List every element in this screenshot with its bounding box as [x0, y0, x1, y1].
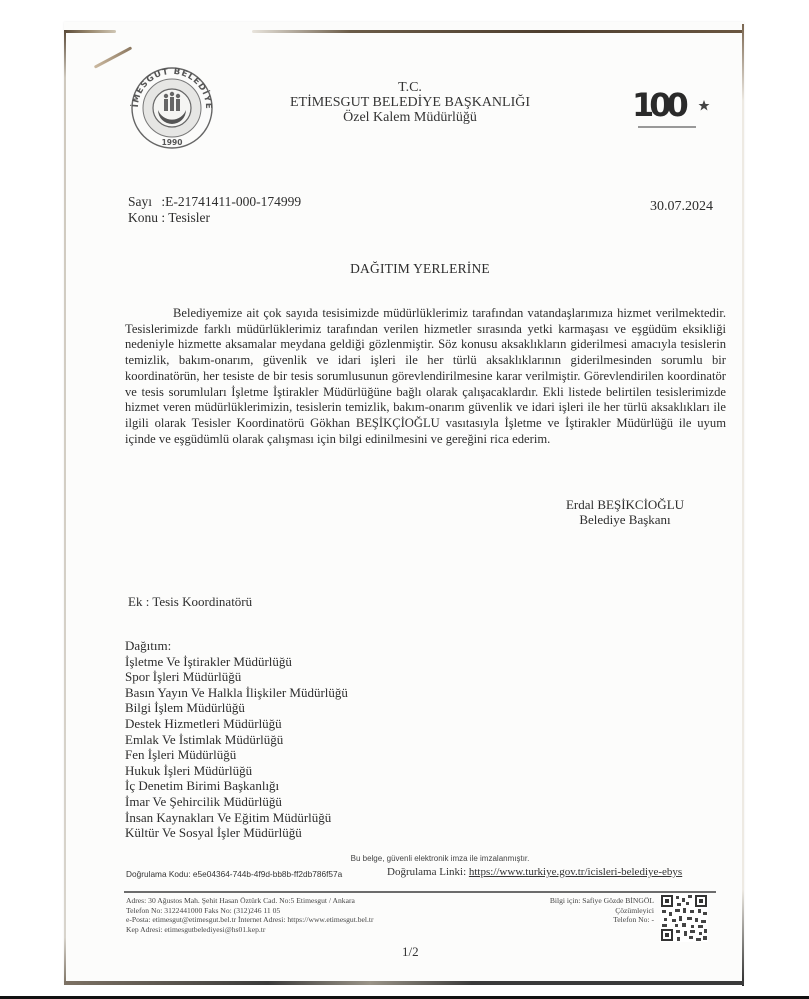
footer-divider	[124, 891, 716, 893]
footer-contact-info: Bilgi için: Safiye Gözde BİNGÖL Çözümley…	[508, 896, 654, 925]
paper-edge	[64, 30, 116, 33]
qr-code-icon	[660, 894, 708, 942]
distribution-heading: Dağıtım:	[125, 638, 348, 654]
paper-edge	[64, 30, 66, 985]
letterhead-department: Özel Kalem Müdürlüğü	[250, 110, 570, 125]
list-item: İmar Ve Şehircilik Müdürlüğü	[125, 794, 348, 810]
verification-link[interactable]: https://www.turkiye.gov.tr/icisleri-bele…	[469, 866, 682, 878]
footer-address: Adres: 30 Ağustos Mah. Şehit Hasan Öztür…	[126, 896, 374, 934]
list-item: İnsan Kaynakları Ve Eğitim Müdürlüğü	[125, 810, 348, 826]
svg-text:1990: 1990	[162, 138, 183, 147]
page-number: 1/2	[402, 944, 419, 960]
document-title: DAĞITIM YERLERİNE	[110, 261, 730, 277]
letterhead: T.C. ETİMESGUT BELEDİYE BAŞKANLIĞI Özel …	[250, 80, 570, 125]
document-body: Belediyemize ait çok sayıda tesisimizde …	[125, 306, 726, 447]
list-item: Spor İşleri Müdürlüğü	[125, 669, 348, 685]
list-item: Kültür Ve Sosyal İşler Müdürlüğü	[125, 825, 348, 841]
list-item: Fen İşleri Müdürlüğü	[125, 747, 348, 763]
verification-code: Doğrulama Kodu: e5e04364-744b-4f9d-bb8b-…	[126, 869, 342, 879]
document-subject: Konu : Tesisler	[128, 210, 301, 226]
attachment-note: Ek : Tesis Koordinatörü	[128, 594, 252, 610]
list-item: Basın Yayın Ve Halkla İlişkiler Müdürlüğ…	[125, 685, 348, 701]
paper-edge	[742, 24, 744, 986]
letterhead-institution: ETİMESGUT BELEDİYE BAŞKANLIĞI	[250, 95, 570, 110]
document-number: Sayı :E-21741411-000-174999	[128, 194, 301, 210]
paper-edge	[64, 981, 744, 985]
verification-link-row: Doğrulama Linki: https://www.turkiye.gov…	[387, 866, 682, 878]
list-item: Hukuk İşleri Müdürlüğü	[125, 763, 348, 779]
signer-name: Erdal BEŞİKCİOĞLU	[540, 497, 710, 512]
list-item: İşletme Ve İştirakler Müdürlüğü	[125, 654, 348, 670]
distribution-list: Dağıtım: İşletme Ve İştirakler Müdürlüğü…	[125, 638, 348, 841]
signature-block: Erdal BEŞİKCİOĞLU Belediye Başkanı	[540, 497, 710, 527]
letterhead-tc: T.C.	[250, 80, 570, 95]
list-item: Emlak Ve İstimlak Müdürlüğü	[125, 732, 348, 748]
document-meta: Sayı :E-21741411-000-174999 Konu : Tesis…	[128, 194, 301, 226]
signer-title: Belediye Başkanı	[540, 512, 710, 527]
list-item: Bilgi İşlem Müdürlüğü	[125, 700, 348, 716]
municipality-seal-icon: ETİMESGUT BELEDİYESİ 1990	[128, 66, 216, 150]
svg-text:100: 100	[632, 86, 688, 124]
republic-100-years-icon: 100	[630, 86, 712, 136]
list-item: Destek Hizmetleri Müdürlüğü	[125, 716, 348, 732]
esignature-note: Bu belge, güvenli elektronik imza ile im…	[290, 854, 590, 863]
list-item: İç Denetim Birimi Başkanlığı	[125, 778, 348, 794]
paper-edge	[252, 30, 744, 33]
document-date: 30.07.2024	[650, 199, 713, 215]
